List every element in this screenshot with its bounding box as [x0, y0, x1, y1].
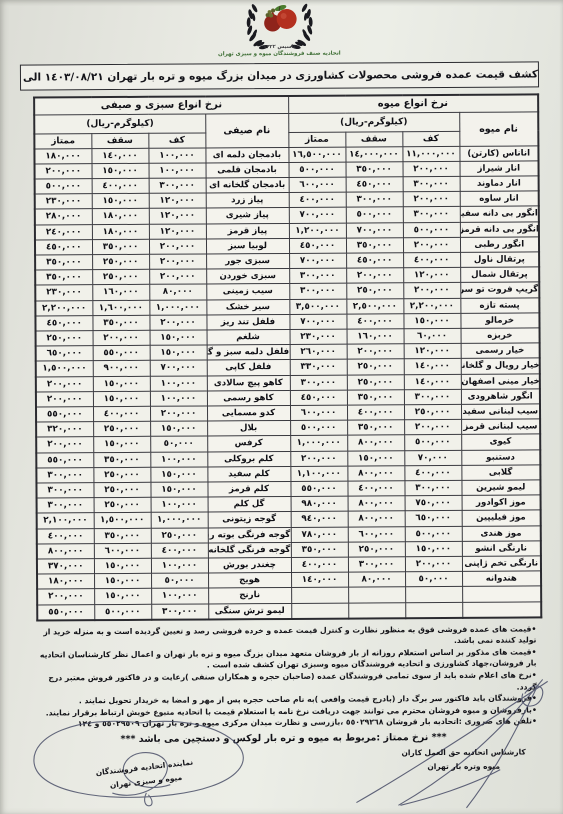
veg-floor-cell: ١,٠٠٠,٠٠٠: [151, 512, 208, 528]
veg-floor-cell: ٢٠٠,٠٠٠: [149, 254, 206, 270]
veg-name-cell: گل کلم: [208, 497, 291, 513]
veg-ceiling-cell: ١٥٠,٠٠٠: [94, 558, 151, 574]
fruit-name-cell: اناناس (کارتن): [459, 145, 538, 161]
price-table: نرخ انواع میوه نرخ انواع سبزی و صیفی نام…: [33, 93, 542, 621]
fruit-name-cell: [462, 602, 541, 618]
fruit-premium-cell: [291, 587, 348, 603]
fruit-name-cell: خربزه: [461, 328, 540, 344]
fruit-ceiling-cell: ٢٠٠,٠٠٠: [346, 268, 403, 284]
fruit-floor-cell: ٢٠٠,٠٠٠: [403, 192, 460, 208]
veg-floor-cell: ٢٠٠,٠٠٠: [149, 239, 206, 255]
veg-name-cell: پیاز زرد: [206, 193, 289, 209]
veg-ceiling-cell: ٢٥٠,٠٠٠: [93, 482, 150, 498]
fruit-name-cell: موز فیلیپین: [462, 510, 541, 526]
fruit-premium-cell: ٩٤٠,٠٠٠: [291, 511, 348, 527]
veg-ceiling-cell: ١,٥٠٠,٠٠٠: [94, 513, 151, 529]
fruit-ceiling-cell: ٢٥٠,٠٠٠: [346, 283, 403, 299]
logo-caption-text: اتحادیه صنف فروشندگان میوه و سبزی تهران: [0, 50, 561, 59]
veg-ceiling-cell: ٤٠٠,٠٠٠: [93, 406, 150, 422]
veg-premium-cell: ٨٠٠,٠٠٠: [37, 543, 94, 559]
fruit-premium-header: ممتاز: [288, 132, 345, 147]
veg-floor-cell: ١,٠٠٠,٠٠٠: [149, 299, 206, 315]
veg-floor-cell: ٣٠٠,٠٠٠: [151, 604, 208, 620]
veg-ceiling-cell: ٣٥٠,٠٠٠: [92, 239, 149, 255]
fruit-unit-header: (کیلوگرم-ریال): [288, 112, 459, 132]
veg-floor-cell: ١٠٠,٠٠٠: [151, 588, 208, 604]
fruit-floor-cell: ٧٠,٠٠٠: [404, 450, 461, 466]
fruit-premium-cell: ٤٠٠,٠٠٠: [289, 192, 346, 208]
veg-ceiling-cell: ١,٦٠٠,٠٠٠: [92, 300, 149, 316]
fruit-premium-cell: ٢٦٠,٠٠٠: [290, 344, 347, 360]
fruit-ceiling-cell: ٦٠٠,٠٠٠: [348, 526, 405, 542]
veg-ceiling-cell: ٣٥٠,٠٠٠: [92, 315, 149, 331]
veg-floor-cell: ١٠٠,٠٠٠: [151, 558, 208, 574]
fruit-ceiling-header: سقف: [345, 131, 402, 146]
fruit-name-cell: انار شیراز: [460, 161, 539, 177]
fruit-floor-cell: ٥٠٠,٠٠٠: [403, 222, 460, 238]
veg-premium-cell: ٤٠٠,٠٠٠: [37, 528, 94, 544]
veg-premium-cell: ٢٠٠,٠٠٠: [36, 437, 93, 453]
fruit-ceiling-cell: ٨٠٠,٠٠٠: [348, 511, 405, 527]
fruit-floor-cell: ٥٠,٠٠٠: [405, 572, 462, 588]
veg-ceiling-cell: ٢٥٠,٠٠٠: [93, 421, 150, 437]
veg-floor-cell: ١٠٠,٠٠٠: [149, 163, 206, 179]
fruit-ceiling-cell: ٨٠٠,٠٠٠: [348, 496, 405, 512]
veg-name-cell: فلفل کاپی: [207, 360, 290, 376]
fruit-name-cell: خیار رویال و گلخانه ای: [461, 358, 540, 374]
fruit-premium-cell: ٧٠٠,٠٠٠: [289, 314, 346, 330]
fruit-ceiling-cell: ١٤,٠٠٠,٠٠٠: [345, 146, 402, 162]
fruit-ceiling-cell: [348, 587, 405, 603]
fruit-floor-cell: ٣٠٠,٠٠٠: [403, 176, 460, 192]
veg-name-cell: گوجه زیتونی: [208, 512, 291, 528]
veg-premium-cell: ٥٠٠,٠٠٠: [35, 179, 92, 195]
note-line: •قیمت های مذکور بر اساس استعلام روزانه ا…: [29, 646, 536, 672]
fruit-ceiling-cell: ٣٥٠,٠٠٠: [347, 420, 404, 436]
veg-name-cell: گوجه فرنگی گلخانه: [208, 542, 291, 558]
fruit-floor-cell: ١٢٠,٠٠٠: [403, 268, 460, 284]
fruit-floor-cell: ٧٥٠,٠٠٠: [405, 496, 462, 512]
fruit-floor-cell: ٢,٢٠٠,٠٠٠: [403, 298, 460, 314]
veg-name-cell: هویج: [208, 573, 291, 589]
fruit-name-cell: هندوانه: [462, 571, 541, 587]
fruit-floor-cell: [405, 587, 462, 603]
veg-ceiling-cell: ١٨٠,٠٠٠: [92, 209, 149, 225]
fruit-ceiling-cell: ٣٠٠,٠٠٠: [348, 557, 405, 573]
veg-premium-cell: ٢٥٠,٠٠٠: [35, 331, 92, 347]
fruit-floor-cell: ٤٠٠,٠٠٠: [404, 465, 461, 481]
veg-premium-cell: ٢,١٠٠,٠٠٠: [37, 513, 94, 529]
fruit-premium-cell: ٩٨٠,٠٠٠: [291, 496, 348, 512]
veg-premium-cell: ١,٥٠٠,٠٠٠: [36, 361, 93, 377]
veg-premium-cell: ٣٥٠,٠٠٠: [35, 255, 92, 271]
fruit-floor-cell: ٢٥٠,٠٠٠: [404, 404, 461, 420]
fruit-name-cell: خیار رسمی: [461, 343, 540, 359]
fruit-floor-cell: ٦٥٠,٠٠٠: [405, 511, 462, 527]
veg-ceiling-cell: ١٥٠,٠٠٠: [94, 573, 151, 589]
veg-name-cell: کلم بروکلی: [207, 451, 290, 467]
veg-premium-cell: ٢٤٠,٠٠٠: [35, 224, 92, 240]
fruit-ceiling-cell: ٤٥٠,٠٠٠: [346, 253, 403, 269]
fruit-floor-cell: ٣٠٠,٠٠٠: [403, 207, 460, 223]
veg-floor-cell: ٨٠,٠٠٠: [149, 284, 206, 300]
fruit-name-cell: پرتقال ناول: [460, 252, 539, 268]
fruit-premium-cell: ٤٥٠,٠٠٠: [290, 390, 347, 406]
veg-premium-cell: ٣٠٠,٠٠٠: [36, 467, 93, 483]
logo-block: تاسیس ١٣٢٢ اتحادیه صنف فروشندگان میوه و …: [0, 0, 561, 59]
fruit-ceiling-cell: ٢٥٠,٠٠٠: [347, 359, 404, 375]
fruit-ceiling-cell: ٣٠٠,٠٠٠: [346, 192, 403, 208]
fruit-premium-cell: ٤٥٠,٠٠٠: [289, 238, 346, 254]
veg-ceiling-cell: ٥٠٠,٠٠٠: [94, 604, 151, 620]
veg-name-cell: کاهو رسمی: [207, 390, 290, 406]
veg-premium-cell: ٢٠٠,٠٠٠: [37, 589, 94, 605]
signature-right-line2: میوه وتره بار تهران: [376, 759, 551, 774]
veg-name-cell: بادمجان گلخانه ای: [206, 177, 289, 193]
price-table-header: نرخ انواع میوه نرخ انواع سبزی و صیفی نام…: [34, 94, 538, 149]
fruit-floor-cell: ٢٠٠,٠٠٠: [403, 283, 460, 299]
veg-name-cell: فلفل دلمه سبز و گلخانه: [207, 345, 290, 361]
fruit-name-cell: پسته تازه: [460, 297, 539, 313]
fruit-name-cell: نارنگی انشو: [462, 541, 541, 557]
veg-floor-cell: ١٢٠,٠٠٠: [149, 223, 206, 239]
fruit-name-cell: گلابی: [461, 465, 540, 481]
veg-ceiling-cell: ٢٥٠,٠٠٠: [94, 497, 151, 513]
fruit-ceiling-cell: ٢٠٠,٠٠٠: [347, 344, 404, 360]
fruit-name-cell: انار دماوند: [460, 176, 539, 192]
veg-name-cell: سبزی جور: [206, 253, 289, 269]
veg-floor-cell: ١٥٠,٠٠٠: [150, 330, 207, 346]
veg-ceiling-cell: ١٥٠,٠٠٠: [93, 376, 150, 392]
veg-premium-cell: ٢٠٠,٠٠٠: [34, 163, 91, 179]
fruit-ceiling-cell: ٥٠٠,٠٠٠: [346, 207, 403, 223]
veg-floor-cell: ١٥٠,٠٠٠: [150, 467, 207, 483]
fruit-name-cell: انگور بی دانه سفید: [460, 206, 539, 222]
fruit-floor-cell: ٥٠٠,٠٠٠: [404, 435, 461, 451]
fruit-floor-cell: ٢٠٠,٠٠٠: [404, 420, 461, 436]
fruit-name-col-header: نام میوه: [459, 111, 538, 145]
veg-name-cell: کاهو پیچ سالادی: [207, 375, 290, 391]
veg-floor-cell: ٥٠,٠٠٠: [151, 573, 208, 589]
veg-premium-cell: ٤٥٠,٠٠٠: [35, 239, 92, 255]
fruit-floor-cell: ١٤٠,٠٠٠: [404, 374, 461, 390]
fruit-premium-cell: ٣٠٠,٠٠٠: [289, 268, 346, 284]
fruit-premium-cell: ٣٠٠,٠٠٠: [290, 375, 347, 391]
veg-name-cell: چغندر بورش: [208, 557, 291, 573]
fruit-floor-cell: ١٤٠,٠٠٠: [404, 359, 461, 375]
fruit-section-header: نرخ انواع میوه: [288, 94, 538, 113]
fruit-floor-cell: ٤٠٠,٠٠٠: [403, 252, 460, 268]
veg-name-cell: بلال: [207, 421, 290, 437]
veg-floor-cell: ١٥٠,٠٠٠: [150, 482, 207, 498]
note-line: •قیمت های عمده فروشی فوق به منظور نظارت …: [29, 623, 536, 649]
veg-ceiling-cell: ٥٥٠,٠٠٠: [93, 345, 150, 361]
veg-premium-cell: ٢٣٠,٠٠٠: [35, 285, 92, 301]
veg-premium-cell: ١٨٠,٠٠٠: [37, 574, 94, 590]
price-table-body: اناناس (کارتن)١١,٠٠٠,٠٠٠١٤,٠٠٠,٠٠٠١٦,٥٠٠…: [34, 145, 541, 620]
fruit-name-cell: انگور شاهرودی: [461, 389, 540, 405]
veg-premium-cell: ٢٠٠,٠٠٠: [36, 391, 93, 407]
veg-ceiling-cell: ٢٥٠,٠٠٠: [93, 467, 150, 483]
veg-name-cell: کلم قرمز: [207, 481, 290, 497]
veg-premium-cell: ٥٥٠,٠٠٠: [36, 452, 93, 468]
fruit-ceiling-cell: ٨٠,٠٠٠: [348, 572, 405, 588]
fruit-premium-cell: ١,١٠٠,٠٠٠: [290, 466, 347, 482]
veg-name-cell: سیر خشک: [206, 299, 289, 315]
fruit-floor-cell: ٢٠٠,٠٠٠: [403, 237, 460, 253]
veg-ceiling-cell: ٩٠٠,٠٠٠: [93, 361, 150, 377]
veg-ceiling-cell: ٢٥٠,٠٠٠: [92, 269, 149, 285]
fruit-ceiling-cell: ٢٥٠,٠٠٠: [347, 374, 404, 390]
fruit-name-cell: خیار مینی اصفهان: [461, 373, 540, 389]
fruit-ceiling-cell: ٢,٥٠٠,٠٠٠: [346, 298, 403, 314]
fruit-premium-cell: ٧٠٠,٠٠٠: [289, 253, 346, 269]
fruit-ceiling-cell: ٤٠٠,٠٠٠: [347, 481, 404, 497]
fruit-ceiling-cell: ٣٥٠,٠٠٠: [346, 161, 403, 177]
fruit-name-cell: لیمو شیرین: [461, 480, 540, 496]
veg-ceiling-cell: ٤٠٠,٠٠٠: [92, 178, 149, 194]
fruit-floor-cell: ٢٠٠,٠٠٠: [405, 556, 462, 572]
fruit-ceiling-cell: ٤٠٠,٠٠٠: [347, 405, 404, 421]
veg-name-cell: پیاز قرمز: [206, 223, 289, 239]
veg-ceiling-cell: ٢٠٠,٠٠٠: [93, 330, 150, 346]
veg-floor-cell: ٥٠,٠٠٠: [150, 436, 207, 452]
veg-premium-header: ممتاز: [34, 133, 91, 148]
fruit-premium-cell: ٣,٥٠٠,٠٠٠: [289, 299, 346, 315]
veg-name-cell: کدو مسمایی: [207, 405, 290, 421]
veg-name-cell: بادمجان دلمه ای: [205, 147, 288, 163]
veg-floor-cell: ١٠٠,٠٠٠: [150, 376, 207, 392]
scanned-price-sheet: تاسیس ١٣٢٢ اتحادیه صنف فروشندگان میوه و …: [0, 0, 563, 814]
fruit-name-cell: [462, 586, 541, 602]
veg-floor-cell: ١٠٠,٠٠٠: [151, 497, 208, 513]
veg-name-cell: کرفس: [207, 436, 290, 452]
fruit-ceiling-cell: ٧٠٠,٠٠٠: [346, 222, 403, 238]
fruit-premium-cell: ٥٠٠,٠٠٠: [290, 420, 347, 436]
veg-name-cell: لیمو ترش سنگی: [208, 603, 291, 619]
veg-name-cell: سبزی خوردن: [206, 269, 289, 285]
veg-premium-cell: ٢٠٠,٠٠٠: [36, 376, 93, 392]
veg-floor-cell: ١٥٠,٠٠٠: [150, 421, 207, 437]
document-title: کشف قیمت عمده فروشی محصولات کشاورزی در م…: [20, 61, 539, 90]
veg-floor-cell: ٢٠٠,٠٠٠: [149, 269, 206, 285]
fruit-name-cell: کیوی: [461, 434, 540, 450]
signature-right-line1: کارشناس اتحادیه حق العمل کاران: [376, 745, 551, 760]
veg-premium-cell: ٣٥٠,٠٠٠: [35, 270, 92, 286]
fruit-premium-cell: ٣٥٠,٠٠٠: [291, 542, 348, 558]
veg-floor-cell: ١٠٠,٠٠٠: [150, 452, 207, 468]
veg-name-cell: گوجه فرنگی بوته رس: [208, 527, 291, 543]
fruit-name-cell: پرتقال شمال: [460, 267, 539, 283]
veg-name-cell: پیاز شیری: [206, 208, 289, 224]
fruit-ceiling-cell: ٤٠٠,٠٠٠: [346, 313, 403, 329]
fruit-premium-cell: ١٦,٥٠٠,٠٠٠: [288, 147, 345, 163]
fruit-premium-cell: ٥٠٠,٠٠٠: [289, 162, 346, 178]
fruit-name-cell: نارنگی تخم ژاپنی: [462, 556, 541, 572]
veg-section-header: نرخ انواع سبزی و صیفی: [34, 95, 288, 114]
fruit-name-cell: انگور بی دانه قرمز: [460, 221, 539, 237]
fruit-floor-cell: ٣٠٠,٠٠٠: [404, 389, 461, 405]
fruit-name-cell: سیب لبنانی سفید: [461, 404, 540, 420]
fruit-name-cell: گریپ فروت تو سرخ: [460, 282, 539, 298]
veg-ceiling-cell: ٣٥٠,٠٠٠: [93, 452, 150, 468]
fruit-premium-cell: ٦٠٠,٠٠٠: [290, 405, 347, 421]
veg-ceiling-cell: ١٥٠,٠٠٠: [94, 589, 151, 605]
fruit-floor-cell: [405, 602, 462, 618]
veg-floor-cell: ٣٠٠,٠٠٠: [149, 178, 206, 194]
veg-floor-cell: ٢٥٠,٠٠٠: [151, 528, 208, 544]
veg-ceiling-cell: ٦٠٠,٠٠٠: [94, 543, 151, 559]
fruit-ceiling-cell: ٨٠٠,٠٠٠: [347, 466, 404, 482]
fruit-ceiling-cell: ٣٥٠,٠٠٠: [347, 390, 404, 406]
fruit-floor-cell: ١٥٠,٠٠٠: [403, 313, 460, 329]
veg-name-cell: نارنج: [208, 588, 291, 604]
fruit-premium-cell: ٢٠٠,٠٠٠: [290, 451, 347, 467]
fruit-ceiling-cell: ١٦٠,٠٠٠: [347, 329, 404, 345]
veg-ceiling-cell: ١٥٠,٠٠٠: [93, 437, 150, 453]
veg-name-cell: کلم سفید: [207, 466, 290, 482]
fruit-premium-cell: [291, 603, 348, 619]
veg-premium-cell: ٢٣٠,٠٠٠: [35, 194, 92, 210]
veg-floor-cell: ١٢٠,٠٠٠: [149, 208, 206, 224]
veg-premium-cell: ٣٢٠,٠٠٠: [36, 422, 93, 438]
fruit-ceiling-cell: [348, 602, 405, 618]
fruit-premium-cell: ٤٠٠,٠٠٠: [291, 557, 348, 573]
fruit-ceiling-cell: ١٥٠,٠٠٠: [347, 450, 404, 466]
fruit-floor-cell: ٢٠٠,٠٠٠: [403, 161, 460, 177]
veg-floor-cell: ١٠٠,٠٠٠: [150, 391, 207, 407]
veg-floor-cell: ٤٠٠,٠٠٠: [151, 543, 208, 559]
fruit-floor-cell: ٦٠,٠٠٠: [404, 328, 461, 344]
veg-premium-cell: ٤٥٠,٠٠٠: [35, 315, 92, 331]
fruit-premium-cell: ٣٣٠,٠٠٠: [290, 359, 347, 375]
fruit-premium-cell: ٦٠٠,٠٠٠: [289, 177, 346, 193]
fruit-name-cell: موز هندی: [462, 525, 541, 541]
veg-ceiling-cell: ٣٥٠,٠٠٠: [94, 528, 151, 544]
veg-premium-cell: ٢٨٠,٠٠٠: [35, 209, 92, 225]
fruit-floor-cell: ١٥٠,٠٠٠: [405, 541, 462, 557]
veg-ceiling-cell: ١٥٠,٠٠٠: [92, 163, 149, 179]
fruit-premium-cell: ٥٥٠,٠٠٠: [290, 481, 347, 497]
veg-premium-cell: ٢,٢٠٠,٠٠٠: [35, 300, 92, 316]
veg-name-col-header: نام صیفی: [205, 113, 288, 148]
veg-ceiling-cell: ١٥٠,٠٠٠: [92, 193, 149, 209]
veg-premium-cell: ٣٧٠,٠٠٠: [37, 559, 94, 575]
veg-premium-cell: ١٨٠,٠٠٠: [34, 148, 91, 164]
fruit-premium-cell: ٣٠٠,٠٠٠: [289, 283, 346, 299]
fruit-name-cell: خرمالو: [460, 313, 539, 329]
veg-ceiling-header: سقف: [91, 133, 148, 148]
veg-premium-cell: ٣٠٠,٠٠٠: [36, 483, 93, 499]
fruit-premium-cell: ٧٨٠,٠٠٠: [291, 527, 348, 543]
veg-name-cell: شلغم: [207, 329, 290, 345]
fruit-ceiling-cell: ٤٥٠,٠٠٠: [346, 177, 403, 193]
fruit-ceiling-cell: ٨٠٠,٠٠٠: [347, 435, 404, 451]
veg-ceiling-cell: ١٥٠,٠٠٠: [93, 391, 150, 407]
veg-floor-cell: ٢٠٠,٠٠٠: [149, 315, 206, 331]
veg-premium-cell: ٥٥٠,٠٠٠: [36, 407, 93, 423]
fruit-name-cell: انار ساوه: [460, 191, 539, 207]
veg-name-cell: بادمجان قلمی: [206, 162, 289, 178]
fruit-name-cell: موز اکوادور: [462, 495, 541, 511]
fruit-floor-header: کف: [402, 131, 459, 146]
fruit-name-cell: دستنبو: [461, 449, 540, 465]
veg-ceiling-cell: ١٦٠,٠٠٠: [92, 285, 149, 301]
fruit-floor-cell: ١١,٠٠٠,٠٠٠: [402, 146, 459, 162]
fruit-floor-cell: ٥٠٠,٠٠٠: [405, 526, 462, 542]
veg-name-cell: سیب زمینی: [206, 284, 289, 300]
veg-premium-cell: ٣٠٠,٠٠٠: [37, 498, 94, 514]
veg-ceiling-cell: ١٤٠,٠٠٠: [91, 148, 148, 164]
veg-floor-cell: ١٥٠,٠٠٠: [150, 345, 207, 361]
veg-floor-cell: ١٢٠,٠٠٠: [149, 193, 206, 209]
veg-unit-header: (کیلوگرم-ریال): [34, 113, 205, 133]
fruit-floor-cell: ١٢٠,٠٠٠: [404, 344, 461, 360]
veg-name-cell: فلفل تند ریز: [206, 314, 289, 330]
sheet-content: تاسیس ١٣٢٢ اتحادیه صنف فروشندگان میوه و …: [0, 0, 563, 814]
veg-floor-cell: ١٠٠,٠٠٠: [148, 147, 205, 163]
signature-right: کارشناس اتحادیه حق العمل کاران میوه وتره…: [376, 745, 551, 773]
fruit-premium-cell: ١,٢٠٠,٠٠٠: [289, 223, 346, 239]
fruit-ceiling-cell: ٢٥٠,٠٠٠: [348, 542, 405, 558]
fruit-name-cell: انگور رطبی: [460, 237, 539, 253]
fruit-premium-cell: ٢٣٠,٠٠٠: [290, 329, 347, 345]
table-row: لیمو ترش سنگی٣٠٠,٠٠٠٥٠٠,٠٠٠٥٥٠,٠٠٠: [37, 602, 541, 621]
veg-ceiling-cell: ١٨٠,٠٠٠: [92, 224, 149, 240]
veg-premium-cell: ٥٥٠,٠٠٠: [37, 604, 94, 620]
fruit-premium-cell: ١,٠٠٠,٠٠٠: [290, 435, 347, 451]
veg-floor-header: کف: [148, 132, 205, 147]
veg-premium-cell: ٦٥٠,٠٠٠: [36, 346, 93, 362]
veg-name-cell: لوبیا سبز: [206, 238, 289, 254]
veg-floor-cell: ٧٠٠,٠٠٠: [150, 360, 207, 376]
veg-ceiling-cell: ٢٥٠,٠٠٠: [92, 254, 149, 270]
fruit-premium-cell: ٧٠٠,٠٠٠: [289, 207, 346, 223]
veg-floor-cell: ٢٠٠,٠٠٠: [150, 406, 207, 422]
logo-fruit-icon: [264, 4, 297, 32]
fruit-premium-cell: ١٤٠,٠٠٠: [291, 572, 348, 588]
fruit-ceiling-cell: ٣٥٠,٠٠٠: [346, 237, 403, 253]
fruit-name-cell: سیب لبنانی قرمز: [461, 419, 540, 435]
fruit-floor-cell: ٣٠٠,٠٠٠: [404, 480, 461, 496]
